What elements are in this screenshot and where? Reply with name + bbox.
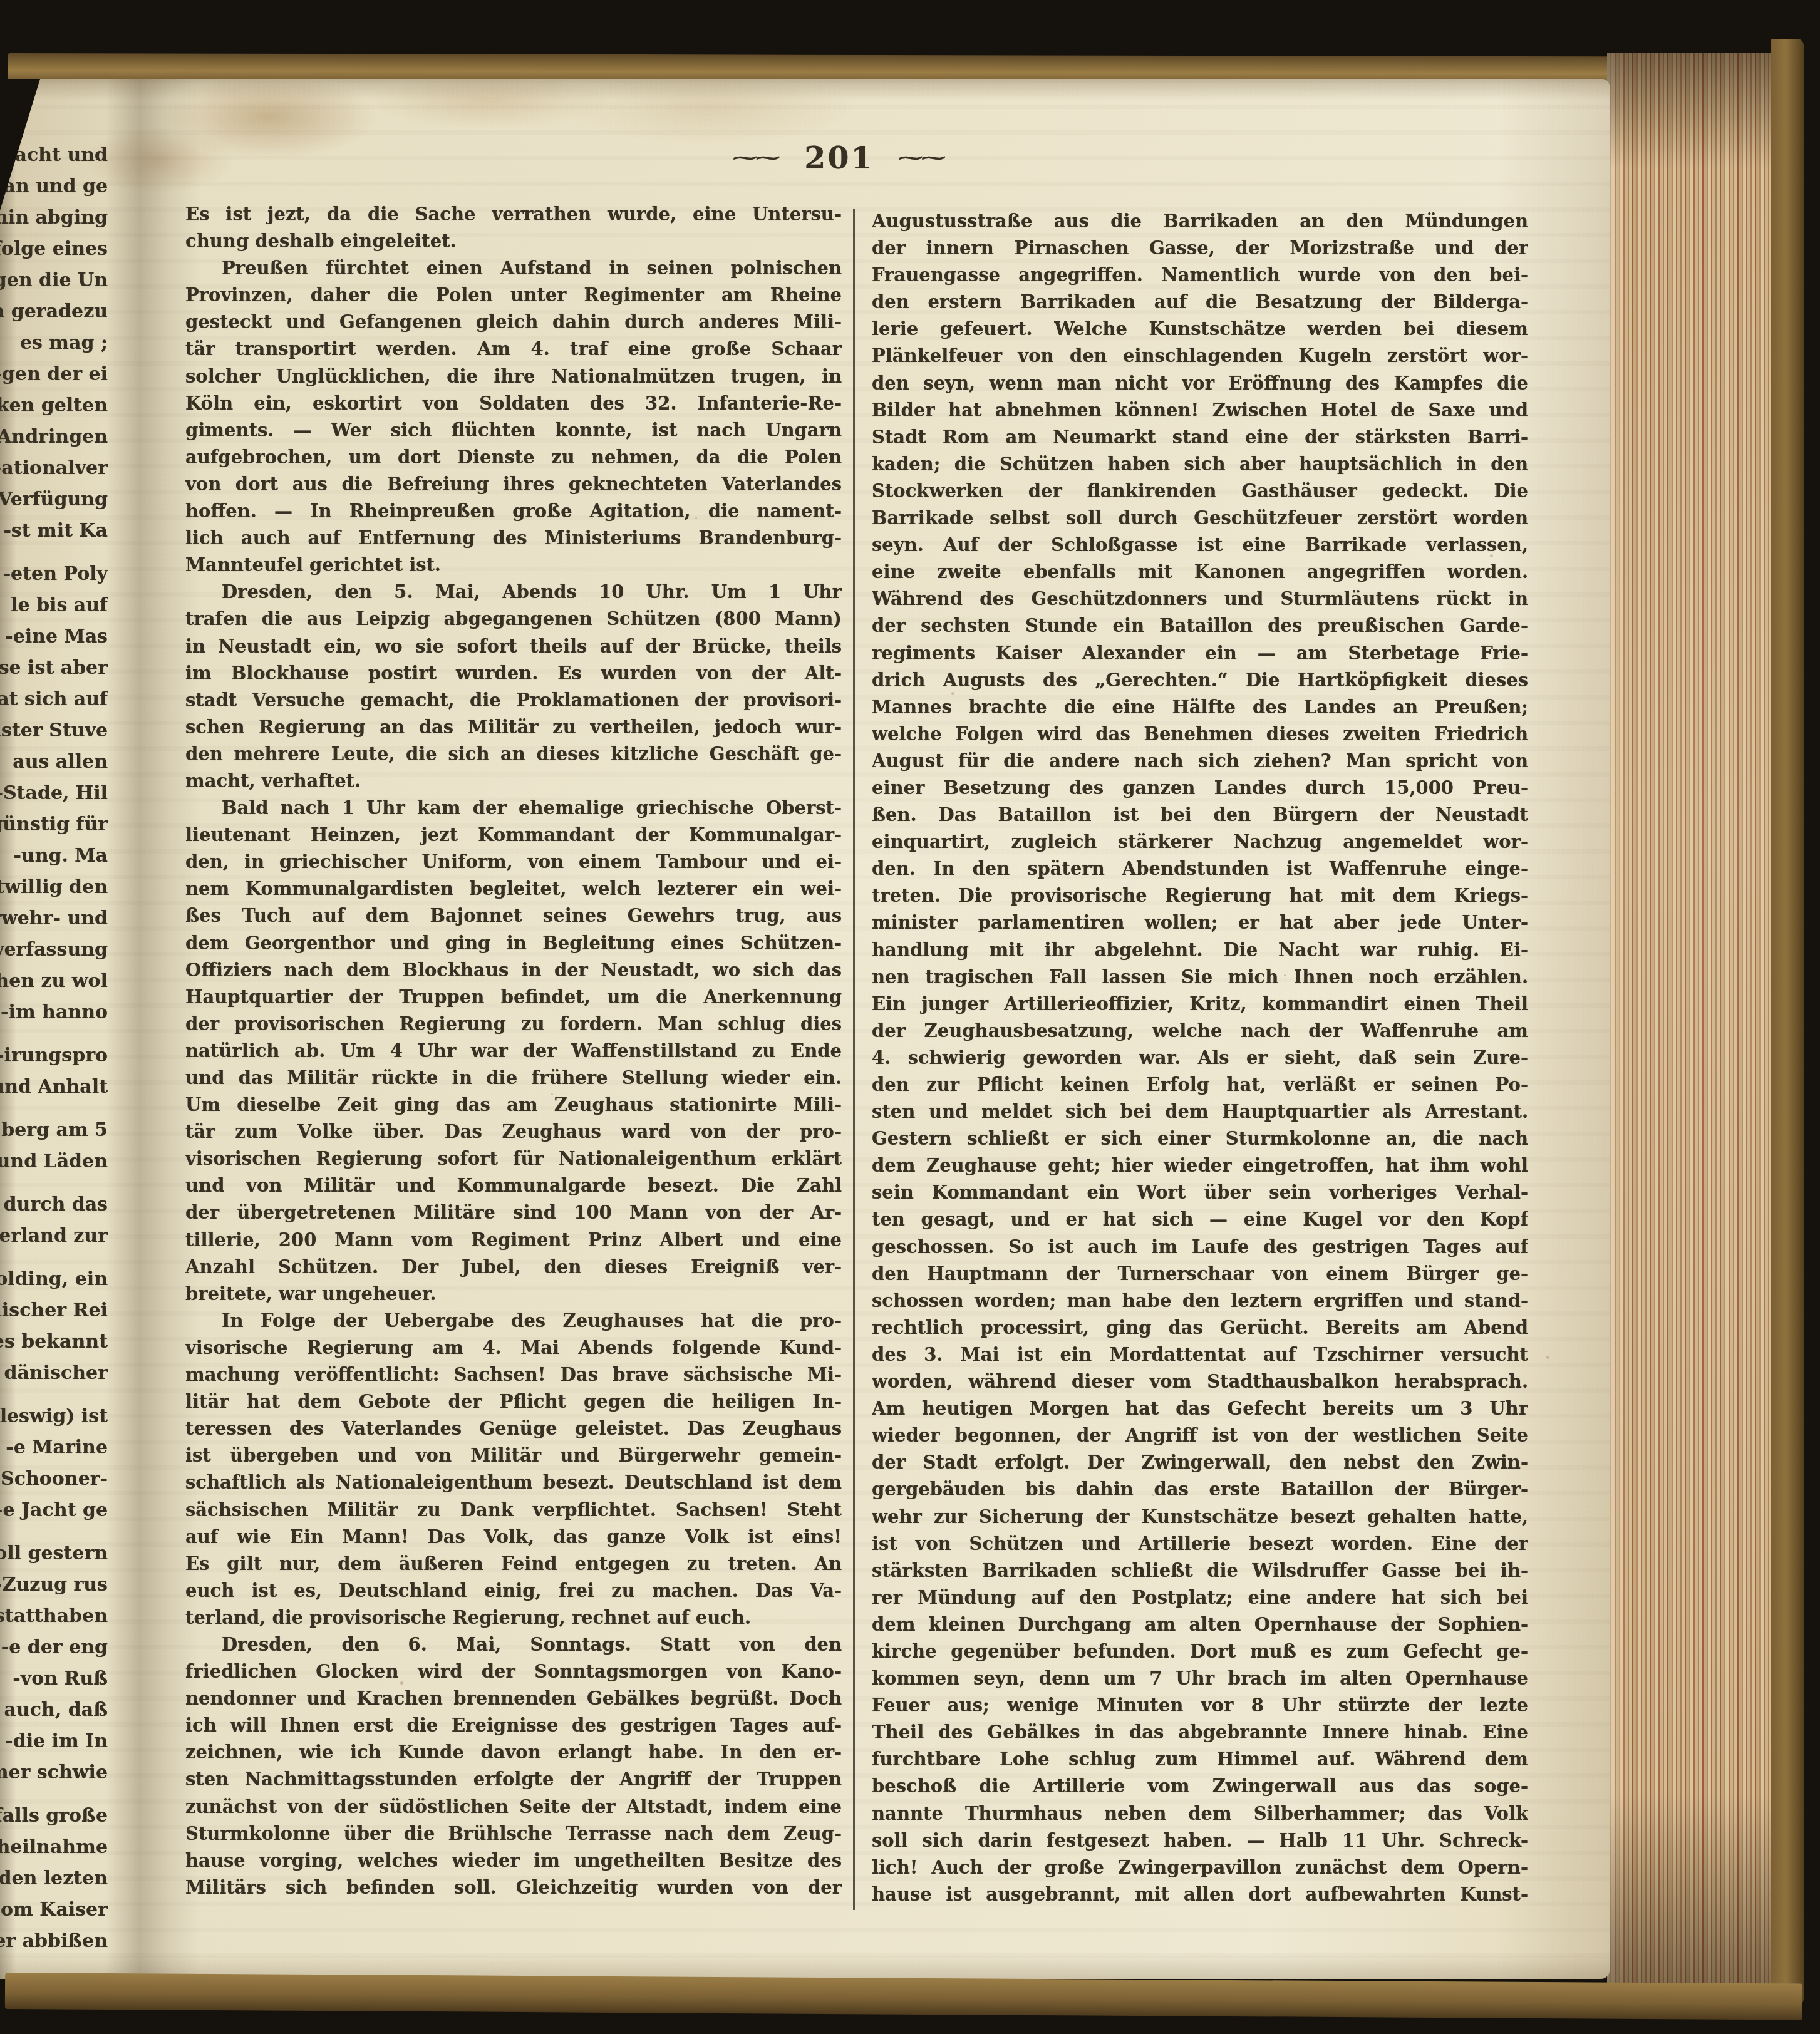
text-line: einer Besetzung des ganzen Landes durch …: [872, 775, 1528, 802]
left-page-fragment-line: Zuzug rus-: [0, 1569, 108, 1601]
text-line: Mannteufel gerichtet ist.: [185, 552, 842, 579]
text-line: gesteckt und Gefangenen gleich dahin dur…: [185, 309, 842, 336]
text-line: auf wie Ein Mann! Das Volk, das ganze Vo…: [185, 1524, 842, 1551]
text-line: Sturmkolonne über die Brühlsche Terrasse…: [185, 1820, 842, 1847]
text-line: Stockwerken der flankirenden Gasthäuser …: [872, 478, 1528, 505]
text-line: von dort aus die Befreiung ihres geknech…: [185, 471, 842, 498]
text-line: handlung mit ihr abgelehnt. Die Nacht wa…: [872, 937, 1528, 964]
left-page-fragment-line: sverfassung: [0, 934, 108, 966]
text-line: giments. — Wer sich flüchten konnte, ist…: [185, 417, 842, 444]
text-line: Plänkelfeuer von den einschlagenden Kuge…: [872, 343, 1528, 369]
text-line: visorische Regierung am 4. Mai Abends fo…: [185, 1334, 842, 1361]
text-line: der Stadt erfolgt. Der Zwingerwall, den …: [872, 1449, 1528, 1476]
text-line: kommen seyn, denn um 7 Uhr brach im alte…: [872, 1665, 1528, 1692]
text-line: solcher Unglücklichen, die ihre National…: [185, 363, 842, 390]
text-line: Hauptquartier der Truppen befindet, um d…: [185, 984, 842, 1011]
text-line: Anzahl Schützen. Der Jubel, den dieses E…: [185, 1254, 842, 1281]
text-line: und das Militär rückte in die frühere St…: [185, 1065, 842, 1092]
left-page-fragment-line: at sich auf: [0, 684, 108, 715]
text-line: den zur Pflicht keinen Erfolg hat, verlä…: [872, 1071, 1528, 1098]
text-line: eine zweite ebenfalls mit Kanonen angegr…: [872, 559, 1528, 586]
text-line: ist übergeben und von Militär und Bürger…: [185, 1442, 842, 1469]
book-photo: Nacht undan und ge-hin abging.folge eine…: [0, 0, 1820, 2034]
book-cover-bottom-edge: [5, 1973, 1802, 2020]
page-number: 201: [804, 140, 874, 176]
text-line: hoffen. — In Rheinpreußen große Agitatio…: [185, 498, 842, 525]
text-line: zunächst von der südöstlichen Seite der …: [185, 1794, 842, 1820]
left-page-fragment-line: und Läden: [0, 1146, 108, 1177]
left-page-fragment-line: und Anhalt-: [0, 1071, 108, 1103]
text-line: Während des Geschützdonners und Sturmläu…: [872, 586, 1528, 612]
text-line: ßen. Das Bataillon ist bei den Bürgern d…: [872, 802, 1528, 829]
text-line: tillerie, 200 Mann vom Regiment Prinz Al…: [185, 1227, 842, 1254]
text-line: Köln ein, eskortirt von Soldaten des 32.…: [185, 390, 842, 417]
text-line: Frauengasse angegriffen. Namentlich wurd…: [872, 262, 1528, 289]
column-divider-rule: [853, 209, 855, 1910]
text-line: aufgebrochen, um dort Dienste zu nehmen,…: [185, 444, 842, 471]
left-page-fragment-line: im hanno-: [0, 997, 108, 1028]
text-line: den, in griechischer Uniform, von einem …: [185, 849, 842, 875]
text-line: wieder begonnen, der Angriff ist von der…: [872, 1422, 1528, 1449]
text-line: stadt Versuche gemacht, die Proklamation…: [185, 687, 842, 714]
text-line: stärksten Barrikaden schließt die Wilsdr…: [872, 1557, 1528, 1584]
text-line: ßes Tuch auf dem Bajonnet seines Gewehrs…: [185, 902, 842, 929]
text-line: der provisorischen Regierung zu fordern.…: [185, 1011, 842, 1038]
text-line: Ein junger Artillerieoffizier, Kritz, ko…: [872, 991, 1528, 1018]
left-page-fragment-line: aus allen: [0, 746, 108, 778]
left-page-fragment-line: itwillig den: [0, 872, 108, 903]
text-line: Bilder hat abnehmen können! Zwischen Hot…: [872, 397, 1528, 424]
text-line: nem Kommunalgardisten begleitet, welch l…: [185, 875, 842, 902]
text-line: Augustusstraße aus die Barrikaden an den…: [872, 208, 1528, 235]
left-page-fragment-line: e der eng-: [0, 1632, 108, 1663]
text-line: sein Kommandant ein Wort über sein vorhe…: [872, 1179, 1528, 1206]
left-page-fragment-line: e Jacht ge-: [0, 1495, 108, 1526]
header-ornament-right-icon: ~~: [896, 147, 949, 168]
left-page-fragment-line: die im In-: [0, 1726, 108, 1757]
text-line: soll sich darin festgesezt haben. — Halb…: [872, 1827, 1528, 1854]
text-line: der sechsten Stunde ein Bataillon des pr…: [872, 612, 1528, 639]
text-line: Am heutigen Morgen hat das Gefecht berei…: [872, 1395, 1528, 1422]
text-line: machung veröffentlicht: Sachsen! Das bra…: [185, 1361, 842, 1388]
text-line: Preußen fürchtet einen Aufstand in seine…: [185, 255, 842, 282]
text-line: litär hat dem Gebote der Pflicht gegen d…: [185, 1388, 842, 1415]
left-page-strip: Nacht undan und ge-hin abging.folge eine…: [0, 140, 108, 1957]
text-line: hause ist ausgebrannt, mit allen dort au…: [872, 1881, 1528, 1908]
text-line: beschoß die Artillerie vom Zwingerwall a…: [872, 1773, 1528, 1800]
text-line: Dresden, den 6. Mai, Sonntags. Statt von…: [185, 1631, 842, 1658]
text-line: lieutenant Heinzen, jezt Kommandant der …: [185, 822, 842, 849]
text-line: ist von Schützen und Artillerie besezt w…: [872, 1531, 1528, 1557]
text-line: 4. schwierig geworden war. Als er sieht,…: [872, 1045, 1528, 1071]
text-line: minister parlamentiren wollen; er hat ab…: [872, 909, 1528, 936]
left-page-fragment-line: mer schwie-: [0, 1757, 108, 1789]
text-line: rer Mündung auf den Postplatz; eine ande…: [872, 1584, 1528, 1611]
left-page-fragment-line: statthaben: [0, 1601, 108, 1632]
text-line: Gestern schließt er sich einer Sturmkolo…: [872, 1125, 1528, 1152]
text-line: welche Folgen wird das Benehmen dieses z…: [872, 721, 1528, 748]
text-line: August für die andere nach sich ziehen? …: [872, 748, 1528, 775]
text-line: nendonner und Krachen brennenden Gebälke…: [185, 1685, 842, 1712]
text-line: regiments Kaiser Alexander ein — am Ster…: [872, 640, 1528, 667]
text-line: nannte Thurmhaus neben dem Silberhammer;…: [872, 1800, 1528, 1827]
left-page-fragment-line: Theilnahme: [0, 1832, 108, 1863]
book-cover-right-edge: [1771, 39, 1804, 2005]
text-line: sächsischen Militär zu Dank verpflichtet…: [185, 1497, 842, 1524]
left-page-fragment-line: irungspro-: [0, 1040, 108, 1071]
text-line: den mehrere Leute, die sich an dieses ki…: [185, 741, 842, 768]
text-line: schaftlich als Nationaleigenthum besezt.…: [185, 1469, 842, 1496]
text-line: ich will Ihnen erst die Ereignisse des g…: [185, 1712, 842, 1739]
text-line: Dresden, den 5. Mai, Abends 10 Uhr. Um 1…: [185, 579, 842, 606]
text-line: und von Militär und Kommunalgarde besezt…: [185, 1172, 842, 1199]
text-line: visorischen Regierung sofort für Nationa…: [185, 1145, 842, 1172]
header-ornament-left-icon: ~~: [730, 147, 783, 168]
left-page-fragment-line: ung. Ma-: [0, 840, 108, 872]
text-line: zeichnen, wie ich Kunde davon erlangt ha…: [185, 1739, 842, 1766]
left-page-fragment-line: soll gestern: [0, 1538, 108, 1569]
scanned-page: Nacht undan und ge-hin abging.folge eine…: [0, 79, 1610, 1979]
left-page-fragment-line: dänischer: [0, 1358, 108, 1389]
text-line: gergebäuden bis dahin das erste Bataillo…: [872, 1476, 1528, 1503]
text-line: der Zeughausbesatzung, welche nach der W…: [872, 1018, 1528, 1045]
left-page-fragment-line: terland zur: [0, 1221, 108, 1252]
text-line: Bald nach 1 Uhr kam der ehemalige griech…: [185, 795, 842, 822]
text-line: schossen worden; man habe den leztern er…: [872, 1288, 1528, 1314]
text-line: Provinzen, daher die Polen unter Regimen…: [185, 282, 842, 309]
text-line: Es ist jezt, da die Sache verrathen wurd…: [185, 201, 842, 228]
left-page-fragment-line: om Kaiser: [0, 1894, 108, 1926]
page-header: ~~ 201 ~~: [651, 137, 1027, 179]
left-page-fragment-line: ehen zu wol-: [0, 966, 108, 997]
text-line: der innern Pirnaschen Gasse, der Morizst…: [872, 235, 1528, 262]
text-line: sten Nachmittagsstunden erfolgte der Ang…: [185, 1766, 842, 1793]
left-page-fragment-line: berg am 5.: [0, 1115, 108, 1146]
text-line: wehr zur Sicherung der Kunstschätze bese…: [872, 1504, 1528, 1531]
text-line: lich auch auf Entfernung des Ministerium…: [185, 525, 842, 552]
text-line: dem Zeughause geht; hier wieder eingetro…: [872, 1152, 1528, 1179]
page-stack-fore-edge: [1607, 53, 1771, 1986]
left-page-fragment-line: olding, ein: [0, 1264, 108, 1295]
left-page-fragment-line: günstig für: [0, 809, 108, 840]
text-line: Offiziers nach dem Blockhaus in der Neus…: [185, 957, 842, 984]
text-line: in Neustadt ein, wo sie sofort theils au…: [185, 633, 842, 660]
text-line: Mannes brachte die eine Hälfte des Lande…: [872, 694, 1528, 721]
text-line: Feuer aus; wenige Minuten vor 8 Uhr stür…: [872, 1692, 1528, 1719]
column-right: Augustusstraße aus die Barrikaden an den…: [872, 208, 1528, 1908]
left-page-fragment-line: hin abging.: [0, 202, 108, 234]
text-line: rechtlich processirt, ging das Gerücht. …: [872, 1314, 1528, 1341]
text-line: macht, verhaftet.: [185, 768, 842, 795]
left-page-fragment-line: leswig) ist: [0, 1401, 108, 1432]
text-line: Militärs sich befinden soll. Gleichzeiti…: [185, 1874, 842, 1901]
text-line: hause vorging, welches wieder im ungethe…: [185, 1847, 842, 1874]
left-page-fragment-line: -Schooner,: [0, 1464, 108, 1495]
text-line: nen tragischen Fall lassen Sie mich Ihne…: [872, 964, 1528, 991]
left-page-fragment-line: Andringen: [0, 421, 108, 453]
left-page-fragment-line: st mit Ka-: [0, 515, 108, 547]
left-page-fragment-line: falls große: [0, 1800, 108, 1832]
left-page-fragment-line: n geradezu,: [0, 296, 108, 328]
text-line: friedlichen Glocken wird der Sonntagsmor…: [185, 1658, 842, 1685]
left-page-fragment-line: nischer Rei-: [0, 1295, 108, 1326]
left-page-fragment-line: ; es mag: [0, 328, 108, 359]
text-line: tär transportirt werden. Am 4. traf eine…: [185, 336, 842, 363]
left-page-fragment-line: von Ruß-: [0, 1663, 108, 1695]
text-line: Theil des Gebälkes in das abgebrannte In…: [872, 1719, 1528, 1746]
left-page-fragment-line: ister Stuve: [0, 715, 108, 746]
text-line: chung deshalb eingeleitet.: [185, 228, 842, 255]
text-line: euch ist es, Deutschland einig, frei zu …: [185, 1577, 842, 1604]
left-page-fragment-line: ese ist aber: [0, 653, 108, 684]
left-page-fragment-line: Stade, Hil-: [0, 778, 108, 809]
text-line: In Folge der Uebergabe des Zeughauses ha…: [185, 1308, 842, 1334]
column-left: Es ist jezt, da die Sache verrathen wurd…: [185, 201, 842, 1901]
text-line: tär zum Volke über. Das Zeughaus ward vo…: [185, 1118, 842, 1145]
text-line: den seyn, wenn man nicht vor Eröffnung d…: [872, 370, 1528, 397]
text-line: sten und meldet sich bei dem Hauptquarti…: [872, 1098, 1528, 1125]
text-line: Stadt Rom am Neumarkt stand eine der stä…: [872, 424, 1528, 451]
text-line: im Blockhause postirt wurden. Es wurden …: [185, 660, 842, 687]
left-page-fragment-line: e Marine-: [0, 1432, 108, 1464]
left-page-fragment-line: folge eines: [0, 234, 108, 265]
text-line: lerie gefeuert. Welche Kunstschätze werd…: [872, 316, 1528, 343]
text-line: ten gesagt, und er hat sich — eine Kugel…: [872, 1206, 1528, 1233]
text-line: kaden; die Schützen haben sich aber haup…: [872, 451, 1528, 478]
left-page-fragment-line: durch das: [0, 1189, 108, 1221]
text-line: lich! Auch der große Zwingerpavillon zun…: [872, 1854, 1528, 1881]
text-line: trafen die aus Leipzig abgegangenen Schü…: [185, 606, 842, 632]
left-page-fragment-line: nken gelten.: [0, 390, 108, 421]
text-line: treten. Die provisorische Regierung hat …: [872, 882, 1528, 909]
text-line: natürlich ab. Um 4 Uhr war der Waffensti…: [185, 1038, 842, 1065]
text-line: drich Augusts des „Gerechten.“ Die Hartk…: [872, 667, 1528, 694]
text-line: seyn. Auf der Schloßgasse ist eine Barri…: [872, 532, 1528, 559]
left-page-fragment-line: i den lezten: [0, 1863, 108, 1894]
text-line: schen Regierung an das Militär zu verthe…: [185, 714, 842, 741]
left-page-fragment-line: Verfügung: [0, 484, 108, 515]
left-page-fragment-line: le bis auf: [0, 590, 108, 621]
text-line: dem Georgenthor und ging in Begleitung e…: [185, 930, 842, 957]
text-line: des 3. Mai ist ein Mordattentat auf Tzsc…: [872, 1341, 1528, 1368]
text-line: breitete, war ungeheuer.: [185, 1281, 842, 1308]
left-page-fragment-line: eten Poly-: [0, 559, 108, 590]
text-line: den. In den spätern Abendstunden ist Waf…: [872, 855, 1528, 882]
text-line: einquartirt, zugleich stärkerer Nachzug …: [872, 829, 1528, 855]
text-line: worden, während dieser vom Stadthausbalk…: [872, 1368, 1528, 1395]
text-line: geschossen. So ist auch im Laufe des ges…: [872, 1234, 1528, 1261]
left-page-fragment-line: rwehr- und: [0, 903, 108, 934]
left-page-fragment-line: auch, daß: [0, 1695, 108, 1726]
text-line: dem kleinen Durchgang am alten Opernhaus…: [872, 1611, 1528, 1638]
left-page-fragment-line: er abbißen.: [0, 1926, 108, 1957]
left-page-fragment-line: an und ge-: [0, 171, 108, 202]
text-line: den erstern Barrikaden auf die Besatzung…: [872, 289, 1528, 316]
text-line: der übergetretenen Militäre sind 100 Man…: [185, 1199, 842, 1226]
text-line: Um dieselbe Zeit ging das am Zeughaus st…: [185, 1092, 842, 1118]
text-line: Es gilt nur, dem äußeren Feind entgegen …: [185, 1551, 842, 1577]
left-page-fragment-line: gen der ei-: [0, 359, 108, 390]
text-line: terland, die provisorische Regierung, re…: [185, 1604, 842, 1631]
text-line: furchtbare Lohe schlug zum Himmel auf. W…: [872, 1746, 1528, 1773]
left-page-fragment-line: gen die Un-: [0, 265, 108, 296]
text-line: den Hauptmann der Turnerschaar von einem…: [872, 1261, 1528, 1288]
left-page-fragment-line: es bekannt,: [0, 1326, 108, 1358]
text-line: Barrikade selbst soll durch Geschützfeue…: [872, 505, 1528, 532]
left-page-fragment-line: ationalver-: [0, 453, 108, 484]
left-page-fragment-line: eine Mas-: [0, 621, 108, 653]
text-line: kirche gegenüber befunden. Dort muß es z…: [872, 1638, 1528, 1665]
text-line: teressen des Vaterlandes Genüge geleiste…: [185, 1415, 842, 1442]
